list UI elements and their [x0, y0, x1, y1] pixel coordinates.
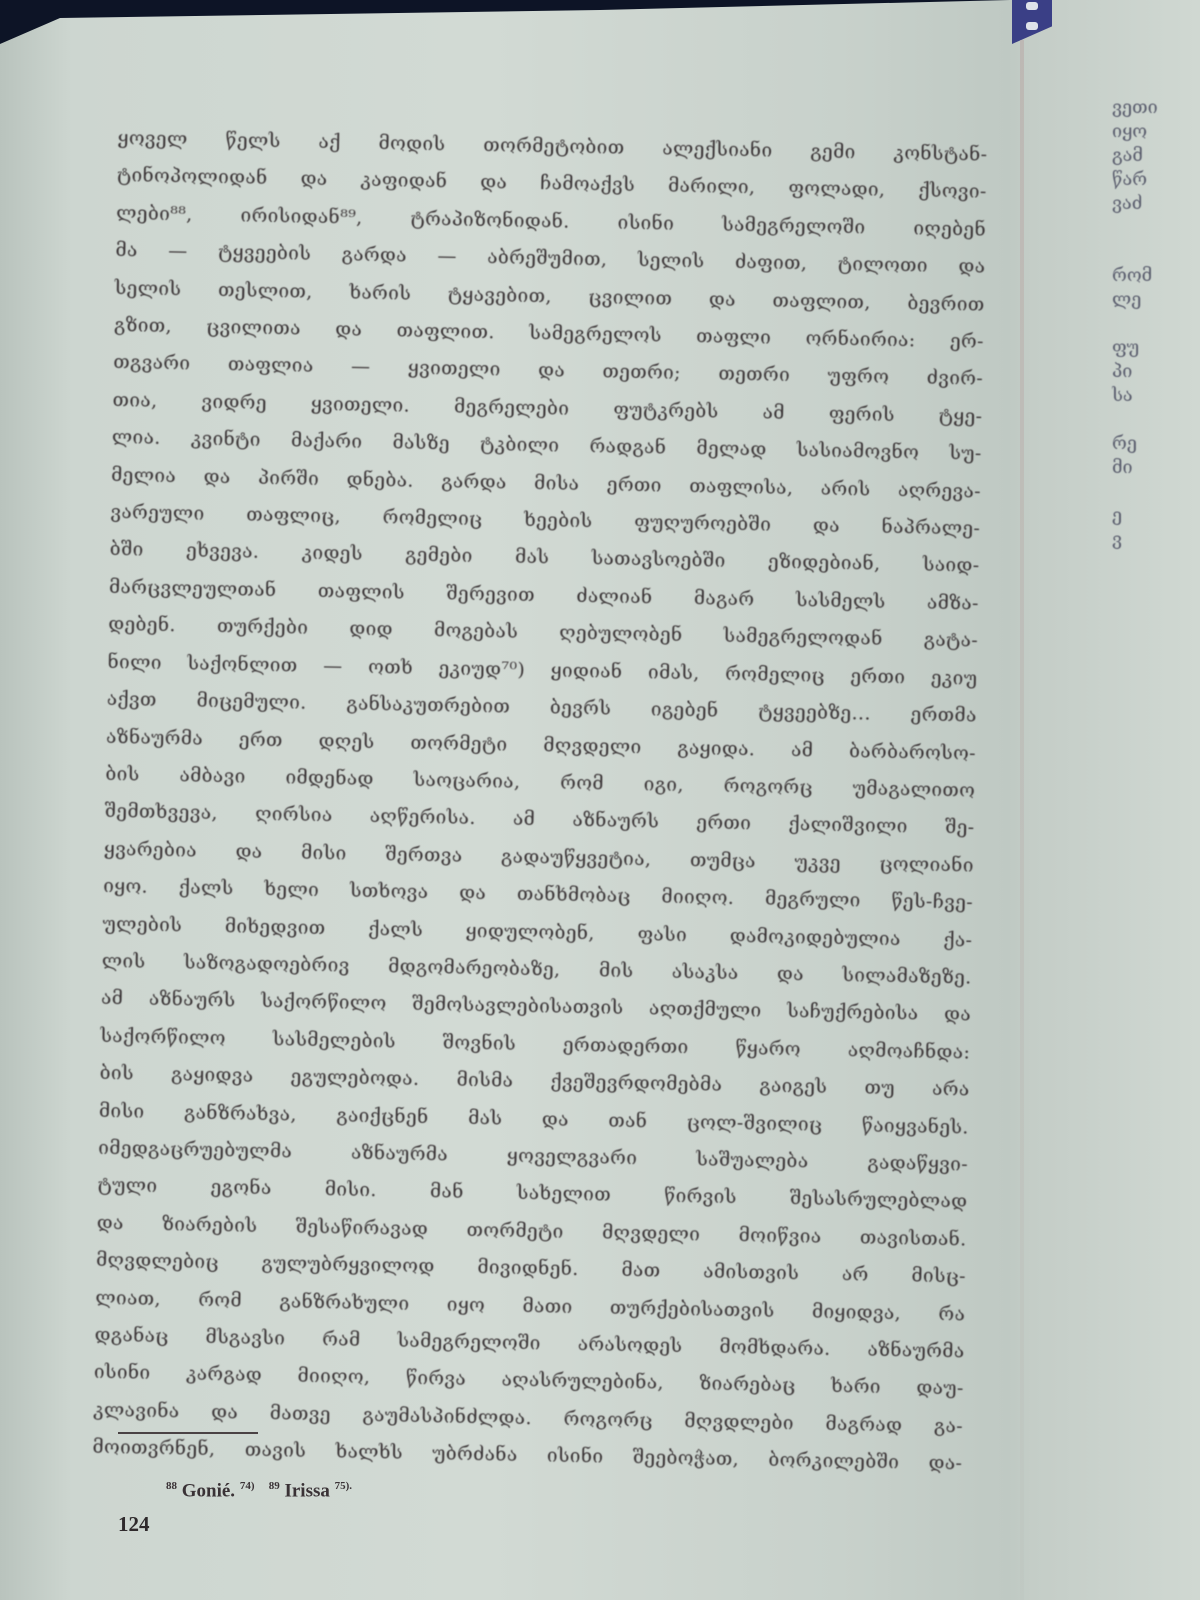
body-text: ყოველ წელს აქ მოდის თორმეტობით ალექსიანი…: [92, 120, 998, 1483]
adjacent-line: ლე: [1112, 288, 1200, 312]
footnote-ref: 74): [240, 1480, 255, 1492]
adjacent-line: გამ: [1112, 144, 1200, 168]
footnote-separator: [118, 1432, 258, 1434]
page-gutter: [1020, 40, 1024, 1600]
adjacent-line: ვეთი: [1112, 96, 1200, 120]
adjacent-page-text: ვეთი იყო გამ წარ ვაძ რომ ლე ფუ პი სა რე …: [1112, 96, 1200, 552]
adjacent-line: იყო: [1112, 120, 1200, 144]
adjacent-line: [1112, 240, 1200, 264]
adjacent-line: რე: [1112, 432, 1200, 456]
adjacent-line: ვ: [1112, 528, 1200, 552]
footnote-ref: 75).: [335, 1480, 352, 1492]
adjacent-line: რომ: [1112, 264, 1200, 288]
footnote-mark: 89: [269, 1480, 280, 1492]
footnote-mark: 88: [166, 1480, 177, 1492]
adjacent-line: [1112, 216, 1200, 240]
footnote-text: Irissa: [284, 1480, 329, 1501]
adjacent-line: ე: [1112, 504, 1200, 528]
adjacent-line: [1112, 480, 1200, 504]
adjacent-line: [1112, 312, 1200, 336]
adjacent-line: წარ: [1112, 168, 1200, 192]
adjacent-line: ვაძ: [1112, 192, 1200, 216]
adjacent-line: [1112, 408, 1200, 432]
adjacent-line: ფუ: [1112, 336, 1200, 360]
page-number: 124: [118, 1512, 150, 1537]
footnotes: 88 Gonié. 74) 89 Irissa 75).: [166, 1480, 352, 1502]
footnote-text: Gonié.: [182, 1480, 235, 1501]
adjacent-line: პი: [1112, 360, 1200, 384]
adjacent-line: მი: [1112, 456, 1200, 480]
adjacent-line: სა: [1112, 384, 1200, 408]
